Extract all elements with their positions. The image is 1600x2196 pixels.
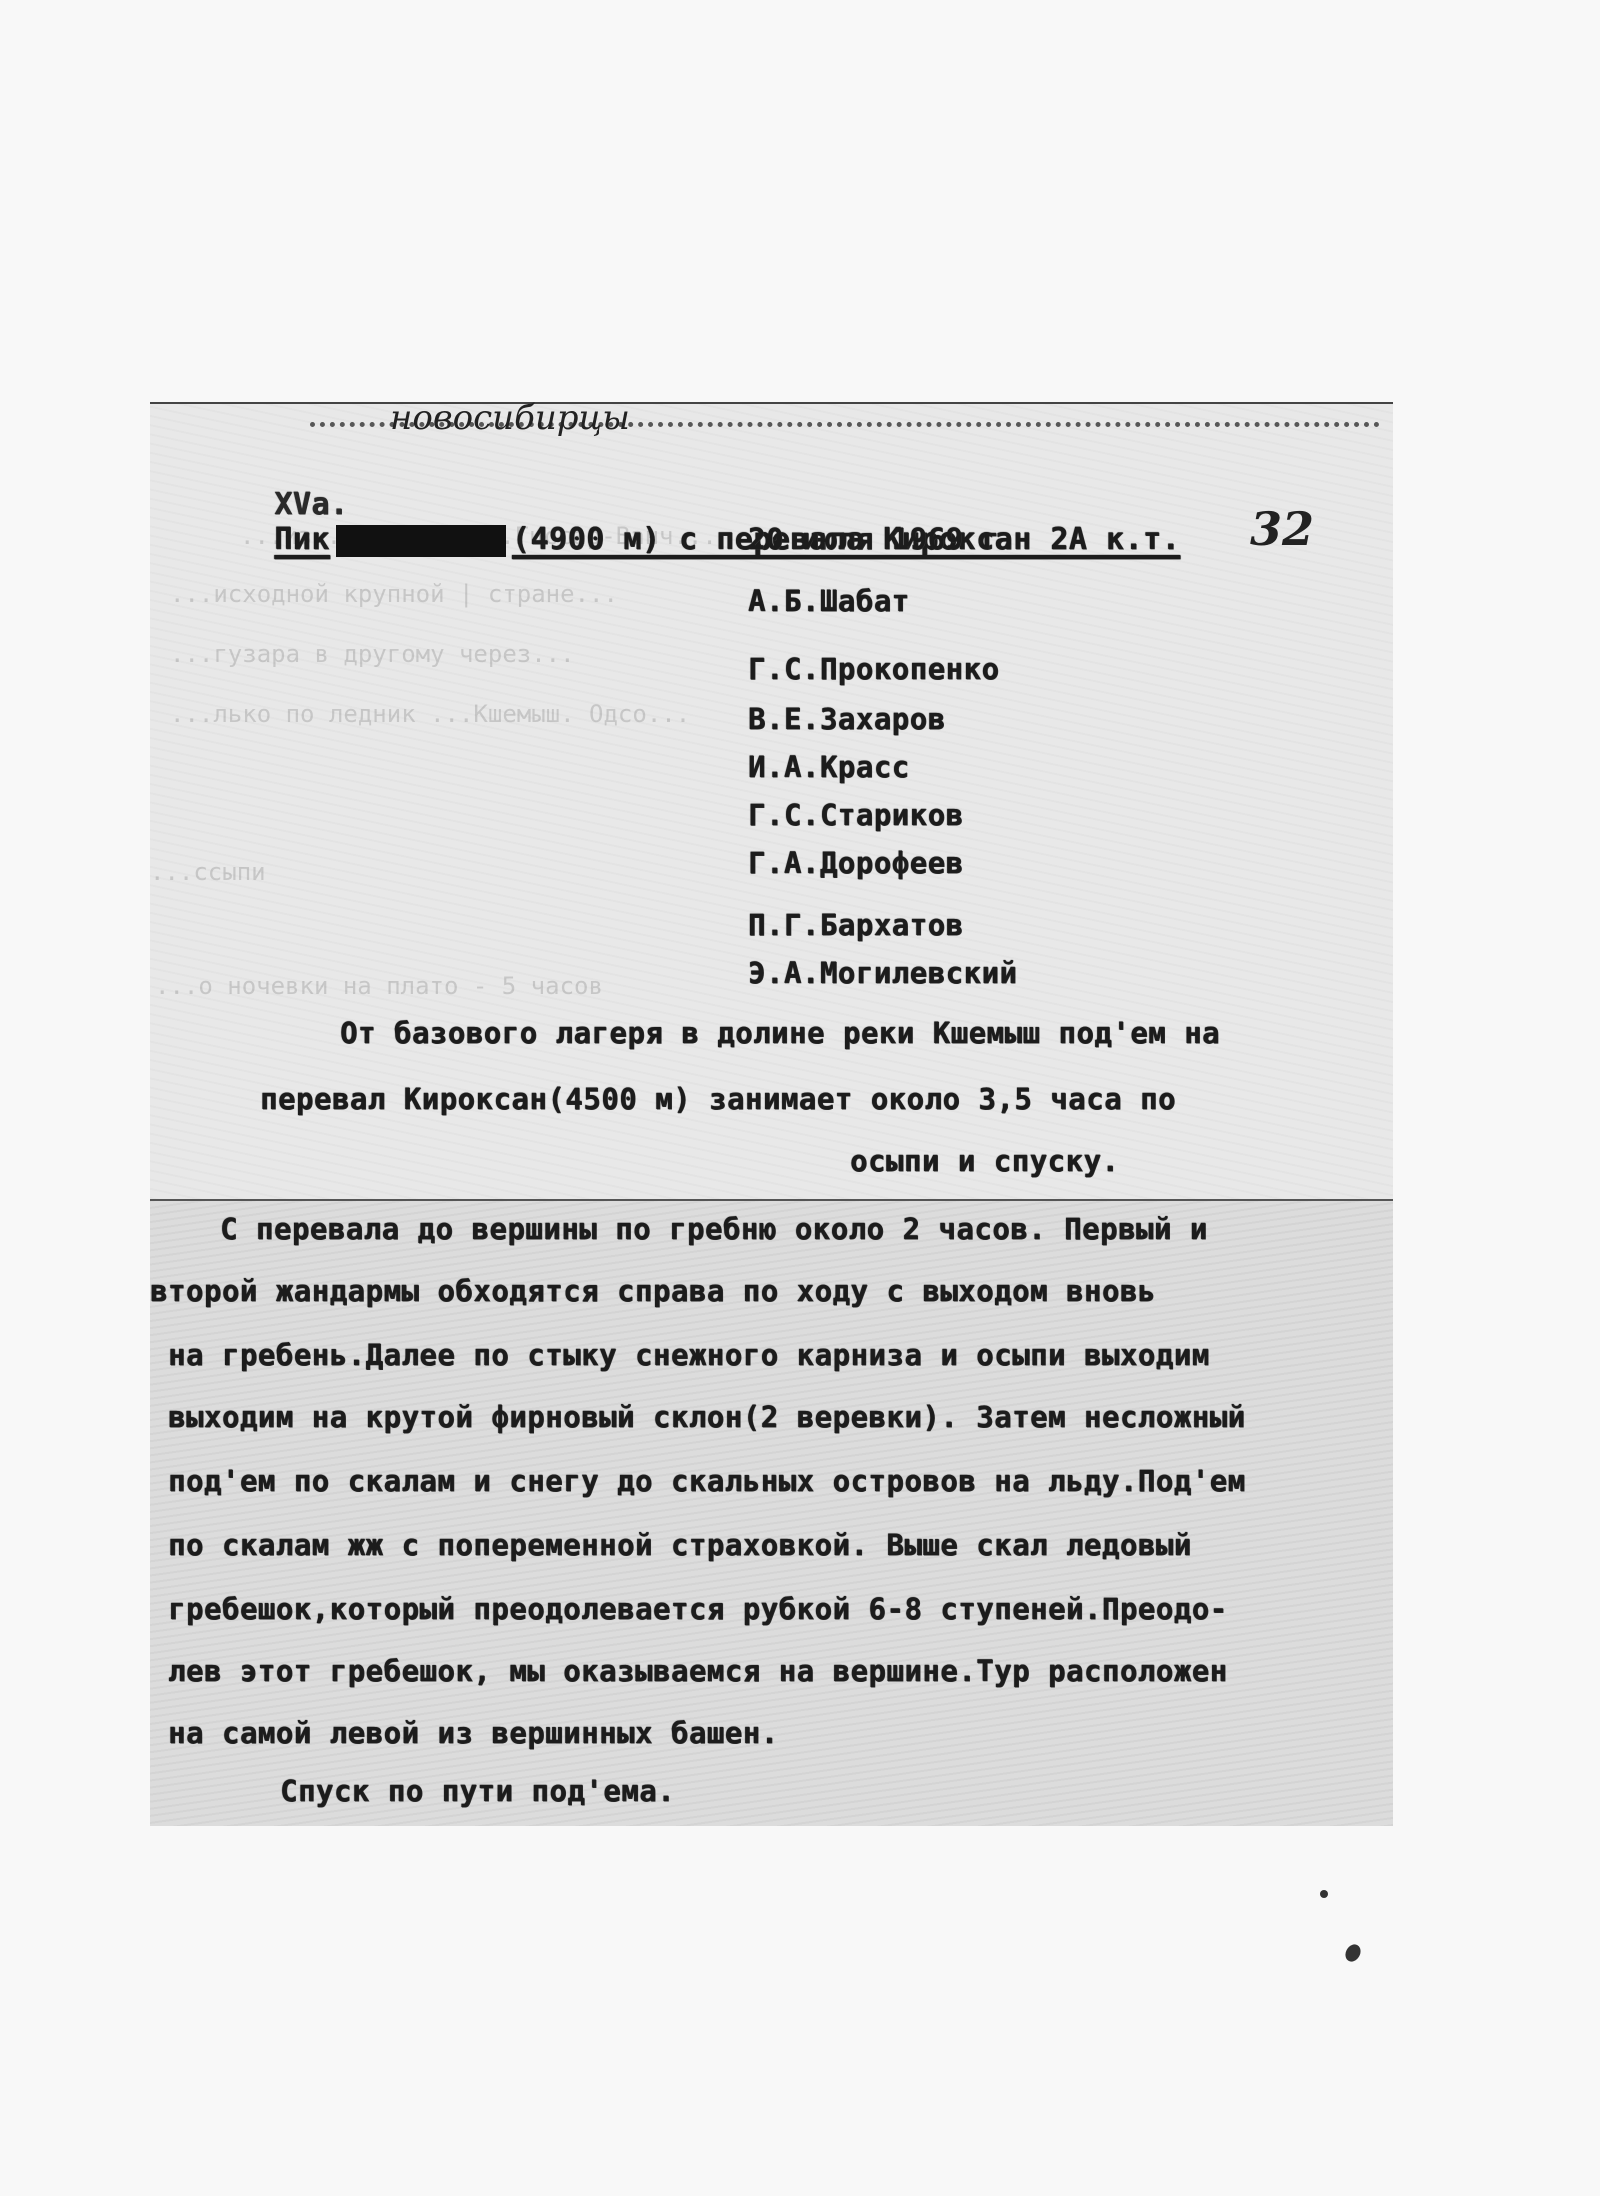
bleed-through-line: ...гузара в другому через...	[170, 640, 575, 668]
participant: П.Г.Бархатов	[748, 908, 964, 942]
ink-speck	[1342, 1942, 1363, 1965]
closing-line: Спуск по пути под'ема.	[280, 1774, 675, 1808]
participant: Г.С.Прокопенко	[748, 652, 999, 686]
document-sheet: ...из ...ффильно в.Гиссар-Ванч... ...исх…	[150, 402, 1393, 1824]
paragraph2-line: под'ем по скалам и снегу до скальных ост…	[168, 1464, 1246, 1498]
participant: Э.А.Могилевский	[748, 956, 1017, 990]
document-title: XVa. Пик(4900 м) с перевала Кироксан 2А …	[200, 452, 1180, 592]
page-number: 32	[1250, 502, 1314, 556]
document-date: 20 июля 1969 г.	[748, 522, 1017, 556]
participant: В.Е.Захаров	[748, 702, 946, 736]
paragraph2-line: лев этот гребешок, мы оказываемся на вер…	[168, 1654, 1228, 1688]
paragraph2-line: второй жандармы обходятся справа по ходу…	[150, 1274, 1156, 1308]
title-prefix: Пик	[274, 522, 330, 557]
paragraph1-line: осыпи и спуску.	[850, 1144, 1119, 1178]
title-text: Пик(4900 м) с перевала Кироксан 2А к.т.	[274, 522, 1180, 557]
participant: Г.А.Дорофеев	[748, 846, 964, 880]
paragraph2-line: по скалам жж с попеременной страховкой. …	[168, 1528, 1192, 1562]
redaction-bar	[336, 525, 506, 557]
paragraph2-line: на гребень.Далее по стыку снежного карни…	[168, 1338, 1210, 1372]
struck-section-number: XVa.	[274, 487, 348, 522]
paragraph1-line: перевал Кироксан(4500 м) занимает около …	[260, 1082, 1176, 1116]
paragraph2-line: на самой левой из вершинных башен.	[168, 1716, 779, 1750]
bleed-through-line: ...лько по ледник ...Кшемыш. Одсо...	[170, 700, 690, 728]
bleed-through-line: ...о ночевки на плато - 5 часов	[155, 972, 603, 1000]
paragraph1-line: От базового лагеря в долине реки Кшемыш …	[340, 1016, 1220, 1050]
ink-speck	[1320, 1890, 1328, 1898]
paragraph2-line: выходим на крутой фирновый склон(2 верев…	[168, 1400, 1246, 1434]
handwritten-note: новосибирцы	[390, 398, 630, 438]
participant: А.Б.Шабат	[748, 584, 910, 618]
paragraph2-line: гребешок,который преодолевается рубкой 6…	[168, 1592, 1228, 1626]
participant: И.А.Красс	[748, 750, 910, 784]
participant: Г.С.Стариков	[748, 798, 964, 832]
paragraph2-line: С перевала до вершины по гребню около 2 …	[220, 1212, 1208, 1246]
bleed-through-line: ...ссыпи	[150, 858, 266, 886]
